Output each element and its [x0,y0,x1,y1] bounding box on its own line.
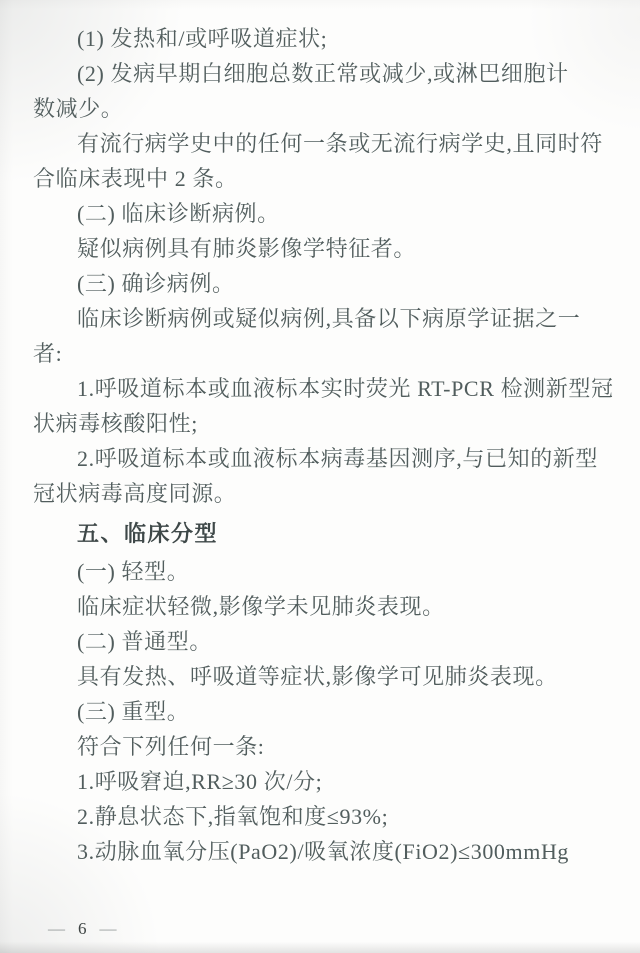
text-line: 1.呼吸窘迫,RR≥30 次/分; [33,764,602,799]
text-line: (2) 发病早期白细胞总数正常或减少,或淋巴细胞计 [33,56,602,91]
text-line: 1.呼吸道标本或血液标本实时荧光 RT-PCR 检测新型冠 [33,371,602,406]
text-line: 合临床表现中 2 条。 [33,161,602,196]
text-line: 冠状病毒高度同源。 [33,476,602,511]
text-line: 临床症状轻微,影像学未见肺炎表现。 [33,589,602,624]
text-line: 2.呼吸道标本或血液标本病毒基因测序,与已知的新型 [33,441,602,476]
text-line: 2.静息状态下,指氧饱和度≤93%; [33,799,602,834]
scanned-document-page: (1) 发热和/或呼吸道症状; (2) 发病早期白细胞总数正常或减少,或淋巴细胞… [0,0,640,953]
text-line: 状病毒核酸阳性; [33,406,602,441]
text-line: 临床诊断病例或疑似病例,具备以下病原学证据之一 [33,301,602,336]
page-number: 6 [78,919,87,939]
text-line: 3.动脉血氧分压(PaO2)/吸氧浓度(FiO2)≤300mmHg [33,834,602,869]
text-line: (1) 发热和/或呼吸道症状; [33,21,602,56]
text-line: 具有发热、呼吸道等症状,影像学可见肺炎表现。 [33,659,602,694]
footer-dash-right: — [100,919,117,939]
text-line: 有流行病学史中的任何一条或无流行病学史,且同时符 [33,126,602,161]
footer-dash-left: — [48,919,65,939]
text-line: (二) 普通型。 [33,624,602,659]
text-line: (二) 临床诊断病例。 [33,196,602,231]
text-line: 疑似病例具有肺炎影像学特征者。 [33,231,602,266]
section-heading: 五、临床分型 [33,516,602,551]
text-line: 者: [33,336,602,371]
document-body: (1) 发热和/或呼吸道症状; (2) 发病早期白细胞总数正常或减少,或淋巴细胞… [33,21,602,869]
text-line: (一) 轻型。 [33,554,602,589]
text-line: 符合下列任何一条: [33,729,602,764]
text-line: 数减少。 [33,91,602,126]
text-line: (三) 重型。 [33,694,602,729]
page-footer: — 6 — [48,919,117,939]
text-line: (三) 确诊病例。 [33,266,602,301]
